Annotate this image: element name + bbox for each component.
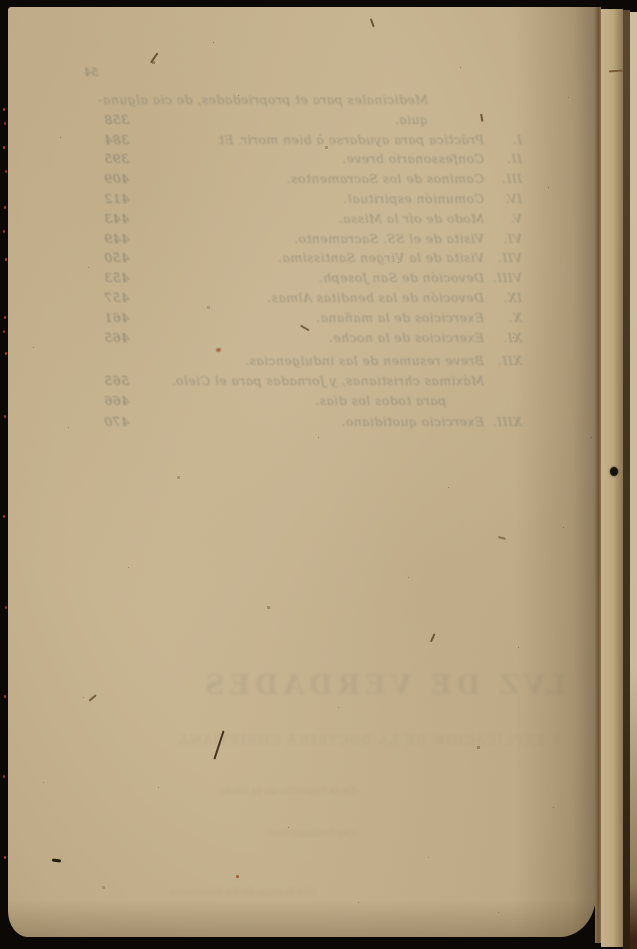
index-title: Práctica para ayudarse à bien morir. Et — [219, 132, 484, 147]
index-label: I. — [484, 132, 522, 147]
index-page-number: 565 — [104, 373, 129, 388]
index-page-number: 449 — [104, 231, 129, 246]
index-row: V. Modo de oír la Missa. 443 — [8, 211, 596, 231]
index-title: Máximas christianas, y Jornadas para el … — [171, 373, 484, 388]
index-page-number: 384 — [104, 132, 129, 147]
index-row: VI. Visita de el SS. Sacramento. 449 — [8, 231, 596, 251]
index-title: Devoción de las benditas Almas. — [267, 290, 484, 305]
index-title: Medicinales para et propriedades, de cia… — [98, 92, 428, 107]
index-label: VII. — [484, 250, 522, 265]
showthrough-subtitle-deep: Y EXPLICACION DE LA DOCTRINA CHRISTIANA — [178, 733, 560, 747]
index-label: XI. — [484, 330, 522, 345]
index-title: Confessonario breve. — [342, 151, 484, 166]
index-title: Caminos de los Sacramentos. — [286, 171, 484, 186]
index-row: I. Práctica para ayudarse à bien morir. … — [8, 132, 596, 152]
index-row: IV. Comunión espiritual. 412 — [8, 191, 596, 211]
index-row: para todos los días. 466 — [8, 393, 596, 413]
index-label: IX. — [484, 290, 522, 305]
index-page-number: 409 — [104, 171, 129, 186]
index-page-number: 470 — [104, 414, 129, 429]
index-row: XI. Exercicios de la noche. 465 — [8, 330, 596, 350]
index-title: Exercicio quotidiano. — [341, 414, 484, 429]
index-row: XII. Breve resumen de las indulgencias. — [8, 353, 596, 373]
index-label: IV. — [484, 191, 522, 206]
index-title: quia. — [395, 112, 428, 127]
index-title: Comunión espiritual. — [343, 191, 484, 206]
showthrough-folio: 54 — [84, 65, 99, 79]
index-row: XIII. Exercicio quotidiano. 470 — [8, 414, 596, 434]
page-curl-edge — [601, 9, 623, 947]
showthrough-title-deep: LVZ DE VERDADES — [200, 670, 566, 701]
index-page-number: 453 — [104, 270, 129, 285]
index-row: III. Caminos de los Sacramentos. 409 — [8, 171, 596, 191]
index-row: IX. Devoción de las benditas Almas. 457 — [8, 290, 596, 310]
index-label: XIII. — [484, 414, 522, 429]
page-blank-verso: 54 Medicinales para et propriedades, de … — [8, 7, 596, 937]
index-page-number: 358 — [104, 112, 129, 127]
index-label: V. — [484, 211, 522, 226]
index-label: VIII. — [484, 270, 522, 285]
index-label: II. — [484, 151, 522, 166]
index-row: VIII. Devoción de San Joseph. 453 — [8, 270, 596, 290]
index-page-number: 412 — [104, 191, 129, 206]
index-row: Máximas christianas, y Jornadas para el … — [8, 373, 596, 393]
index-title: para todos los días. — [315, 393, 446, 408]
gutter-shadow — [623, 10, 630, 949]
index-title: Visita de el SS. Sacramento. — [294, 231, 484, 246]
index-page-number: 457 — [104, 290, 129, 305]
fore-edge-marbling — [3, 0, 5, 3]
showthrough-imprint-deep: Con Privilegio Real — [268, 829, 356, 839]
index-title: Exercicios de la noche. — [329, 330, 484, 345]
index-row: II. Confessonario breve. 395 — [8, 151, 596, 171]
index-row: quia. 358 — [8, 112, 596, 132]
paper-fiber — [609, 70, 623, 73]
index-page-number: 466 — [104, 393, 129, 408]
index-title: Modo de oír la Missa. — [338, 211, 484, 226]
index-page-number: 450 — [104, 250, 129, 265]
index-page-number: 443 — [104, 211, 129, 226]
showthrough-imprint-deep: Con licencia de los Superiores. — [167, 887, 316, 898]
index-page-number: 465 — [104, 330, 129, 345]
book-scan: 54 Medicinales para et propriedades, de … — [0, 0, 637, 949]
index-title: Devoción de San Joseph. — [318, 270, 484, 285]
showthrough-layer: 54 Medicinales para et propriedades, de … — [8, 7, 596, 937]
showthrough-imprint-deep: En la Imprenta de la Viuda — [220, 786, 356, 797]
index-page-number: 395 — [104, 151, 129, 166]
wormhole-dot — [610, 467, 618, 476]
index-label: III. — [484, 171, 522, 186]
index-label: XII. — [484, 353, 522, 368]
index-row: Medicinales para et propriedades, de cia… — [8, 92, 596, 112]
index-page-number: 461 — [104, 310, 129, 325]
index-title: Breve resumen de las indulgencias. — [245, 353, 484, 368]
index-title: Exercicios de la mañana. — [316, 310, 484, 325]
index-label: VI. — [484, 231, 522, 246]
index-title: Visita de la Virgen Santissima. — [278, 250, 484, 265]
index-row: X. Exercicios de la mañana. 461 — [8, 310, 596, 330]
index-label: X. — [484, 310, 522, 325]
index-row: VII. Visita de la Virgen Santissima. 450 — [8, 250, 596, 270]
showthrough-index: Medicinales para et propriedades, de cia… — [8, 92, 596, 349]
next-page-edge — [630, 12, 637, 949]
